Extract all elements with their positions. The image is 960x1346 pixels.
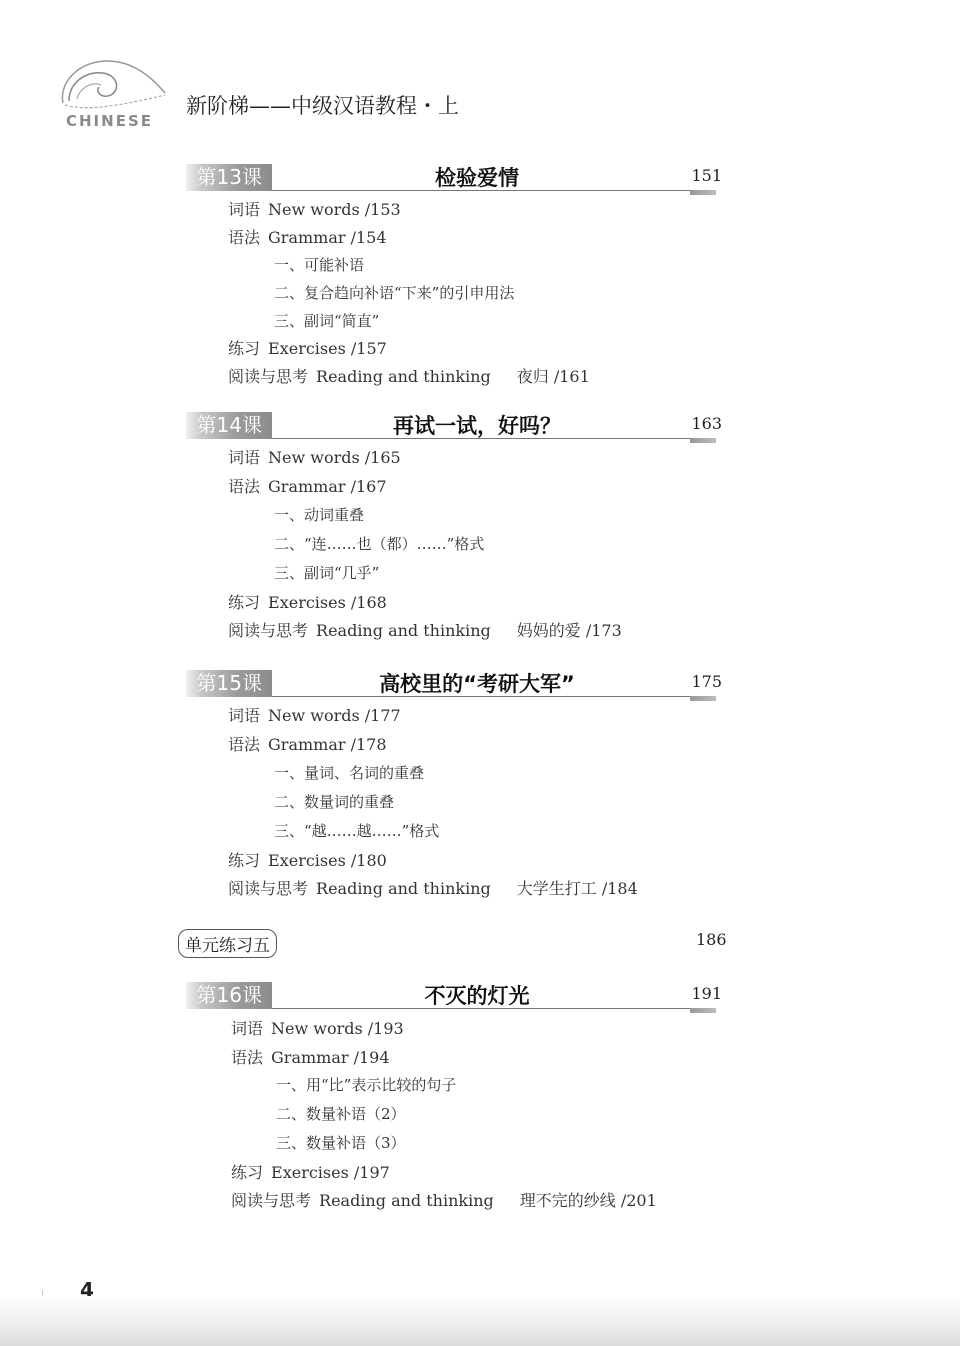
lesson-page: 175 (691, 672, 722, 691)
toc-new-words[interactable]: 词语New words /165 (228, 445, 401, 468)
unit-review-label[interactable]: 单元练习五 (178, 929, 277, 958)
toc-grammar-point[interactable]: 二、复合趋向补语“下来”的引申用法 (274, 282, 514, 303)
toc-exercises[interactable]: 练习Exercises /168 (228, 590, 387, 613)
lesson-header: 第16课 不灭的灯光 191 (186, 978, 722, 1012)
lesson-page: 151 (691, 166, 722, 185)
toc-new-words[interactable]: 词语New words /177 (228, 703, 401, 726)
lesson-page: 163 (691, 414, 722, 433)
book-title: 新阶梯——中级汉语教程・上 (186, 90, 459, 120)
lesson-header: 第13课 检验爱情 151 (186, 160, 722, 194)
lesson-title: 高校里的“考研大军” (272, 668, 682, 698)
toc-grammar-point[interactable]: 二、数量词的重叠 (274, 791, 394, 812)
lesson-number-tab: 第13课 (186, 164, 272, 191)
lesson-header: 第14课 再试一试，好吗？ 163 (186, 408, 722, 442)
toc-exercises[interactable]: 练习Exercises /180 (228, 848, 387, 871)
lesson-16: 第16课 不灭的灯光 191 词语New words /193 语法Gramma… (186, 978, 722, 1210)
divider-end-bar (690, 438, 716, 443)
lesson-number-tab: 第16课 (186, 982, 272, 1009)
toc-new-words[interactable]: 词语New words /193 (231, 1016, 404, 1039)
lesson-number-tab: 第14课 (186, 412, 272, 439)
toc-grammar-point[interactable]: 一、用“比”表示比较的句子 (276, 1074, 456, 1095)
toc-grammar[interactable]: 语法Grammar /194 (231, 1045, 390, 1068)
lesson-15: 第15课 高校里的“考研大军” 175 词语New words /177 语法G… (186, 666, 722, 896)
divider (272, 190, 708, 191)
toc-grammar-point[interactable]: 一、动词重叠 (274, 504, 364, 525)
divider (272, 1008, 708, 1009)
toc-grammar-point[interactable]: 二、“连……也（都）……”格式 (274, 533, 484, 554)
toc-grammar-point[interactable]: 三、“越……越……”格式 (274, 820, 439, 841)
lesson-page: 191 (691, 984, 722, 1003)
lesson-number-tab: 第15课 (186, 670, 272, 697)
lesson-13: 第13课 检验爱情 151 词语New words /153 语法Grammar… (186, 160, 722, 390)
toc-grammar[interactable]: 语法Grammar /154 (228, 225, 387, 248)
lesson-title: 再试一试，好吗？ (272, 410, 682, 440)
divider-end-bar (690, 190, 716, 195)
toc-grammar-point[interactable]: 二、数量补语（2） (276, 1103, 406, 1124)
unit-review-page: 186 (696, 930, 727, 949)
toc-grammar-point[interactable]: 三、副词“简直” (274, 310, 379, 331)
toc-reading[interactable]: 阅读与思考Reading and thinking妈妈的爱 /173 (228, 618, 622, 641)
divider (272, 438, 708, 439)
divider-end-bar (690, 1008, 716, 1013)
toc-grammar-point[interactable]: 一、可能补语 (274, 254, 364, 275)
toc-grammar-point[interactable]: 三、副词“几乎” (274, 562, 379, 583)
toc-exercises[interactable]: 练习Exercises /197 (231, 1160, 390, 1183)
lesson-14: 第14课 再试一试，好吗？ 163 词语New words /165 语法Gra… (186, 408, 722, 638)
divider-end-bar (690, 696, 716, 701)
toc-reading[interactable]: 阅读与思考Reading and thinking夜归 /161 (228, 364, 590, 387)
lesson-title: 检验爱情 (272, 162, 682, 192)
divider (272, 696, 708, 697)
lesson-header: 第15课 高校里的“考研大军” 175 (186, 666, 722, 700)
logo-text: CHINESE (66, 112, 153, 130)
toc-grammar[interactable]: 语法Grammar /178 (228, 732, 387, 755)
toc-exercises[interactable]: 练习Exercises /157 (228, 336, 387, 359)
toc-new-words[interactable]: 词语New words /153 (228, 197, 401, 220)
toc-grammar[interactable]: 语法Grammar /167 (228, 474, 387, 497)
toc-grammar-point[interactable]: 一、量词、名词的重叠 (274, 762, 424, 783)
toc-reading[interactable]: 阅读与思考Reading and thinking理不完的纱线 /201 (231, 1188, 657, 1211)
scan-footer-texture (0, 1296, 960, 1346)
lesson-title: 不灭的灯光 (272, 980, 682, 1010)
toc-grammar-point[interactable]: 三、数量补语（3） (276, 1132, 406, 1153)
toc-reading[interactable]: 阅读与思考Reading and thinking大学生打工 /184 (228, 876, 638, 899)
